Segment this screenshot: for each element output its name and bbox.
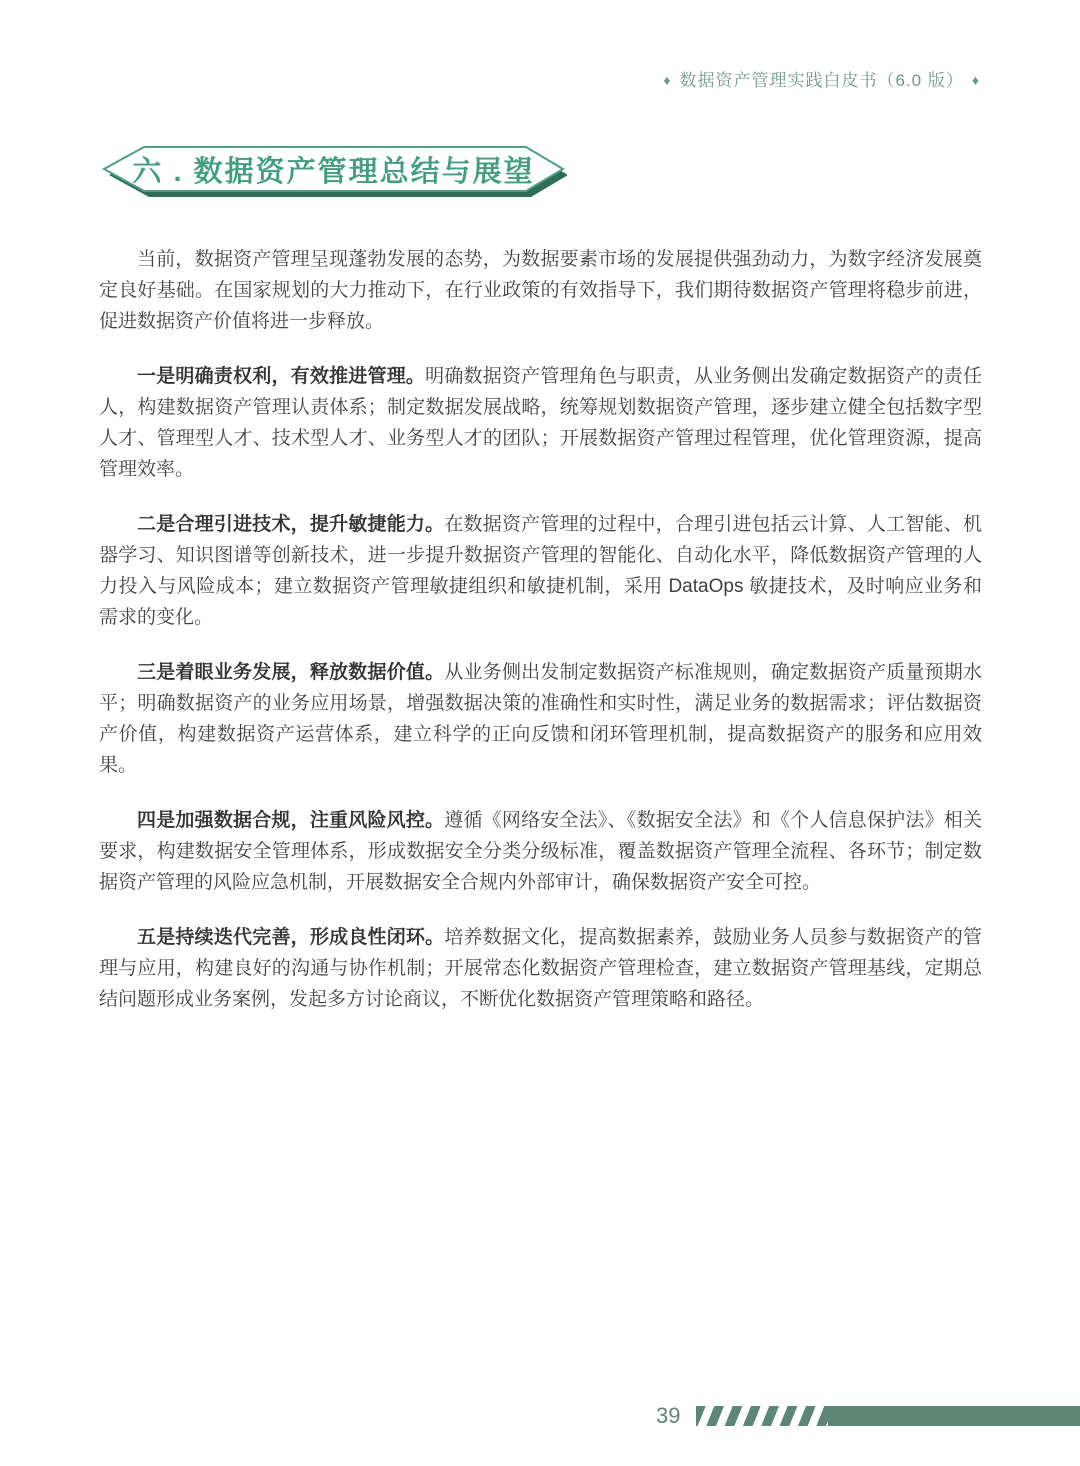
- page-footer: 39: [656, 1404, 1080, 1428]
- paragraph-lead: 五是持续迭代完善，形成良性闭环。: [137, 927, 444, 948]
- body-content: 当前，数据资产管理呈现蓬勃发展的态势，为数据要素市场的发展提供强劲动力，为数字经…: [99, 244, 982, 1039]
- diagonal-stripes-decoration: [696, 1406, 828, 1426]
- section-title: 六 . 数据资产管理总结与展望: [100, 142, 567, 196]
- page-number: 39: [656, 1403, 680, 1429]
- diamond-icon: ♦: [663, 72, 671, 88]
- paragraph-lead: 三是着眼业务发展，释放数据价值。: [137, 662, 444, 683]
- paragraph: 三是着眼业务发展，释放数据价值。从业务侧出发制定数据资产标准规则，确定数据资产质…: [99, 657, 982, 781]
- footer-bar-decoration: [828, 1406, 1080, 1426]
- running-header-text: 数据资产管理实践白皮书（6.0 版）: [679, 71, 963, 90]
- paragraph: 四是加强数据合规，注重风险风控。遵循《网络安全法》、《数据安全法》和《个人信息保…: [99, 805, 982, 898]
- paragraph-lead: 一是明确责权利，有效推进管理。: [137, 366, 425, 387]
- paragraph: 二是合理引进技术，提升敏捷能力。在数据资产管理的过程中，合理引进包括云计算、人工…: [99, 509, 982, 633]
- paragraph-lead: 二是合理引进技术，提升敏捷能力。: [137, 514, 444, 535]
- section-title-banner: 六 . 数据资产管理总结与展望: [100, 142, 567, 204]
- document-page: ♦数据资产管理实践白皮书（6.0 版）♦ 六 . 数据资产管理总结与展望 当前，…: [0, 0, 1080, 1466]
- diamond-icon: ♦: [972, 72, 980, 88]
- paragraph: 一是明确责权利，有效推进管理。明确数据资产管理角色与职责，从业务侧出发确定数据资…: [99, 361, 982, 485]
- paragraph-text: 当前，数据资产管理呈现蓬勃发展的态势，为数据要素市场的发展提供强劲动力，为数字经…: [99, 249, 982, 332]
- running-header: ♦数据资产管理实践白皮书（6.0 版）♦: [663, 66, 980, 91]
- paragraph: 当前，数据资产管理呈现蓬勃发展的态势，为数据要素市场的发展提供强劲动力，为数字经…: [99, 244, 982, 337]
- paragraph: 五是持续迭代完善，形成良性闭环。培养数据文化，提高数据素养，鼓励业务人员参与数据…: [99, 922, 982, 1015]
- paragraph-lead: 四是加强数据合规，注重风险风控。: [137, 810, 444, 831]
